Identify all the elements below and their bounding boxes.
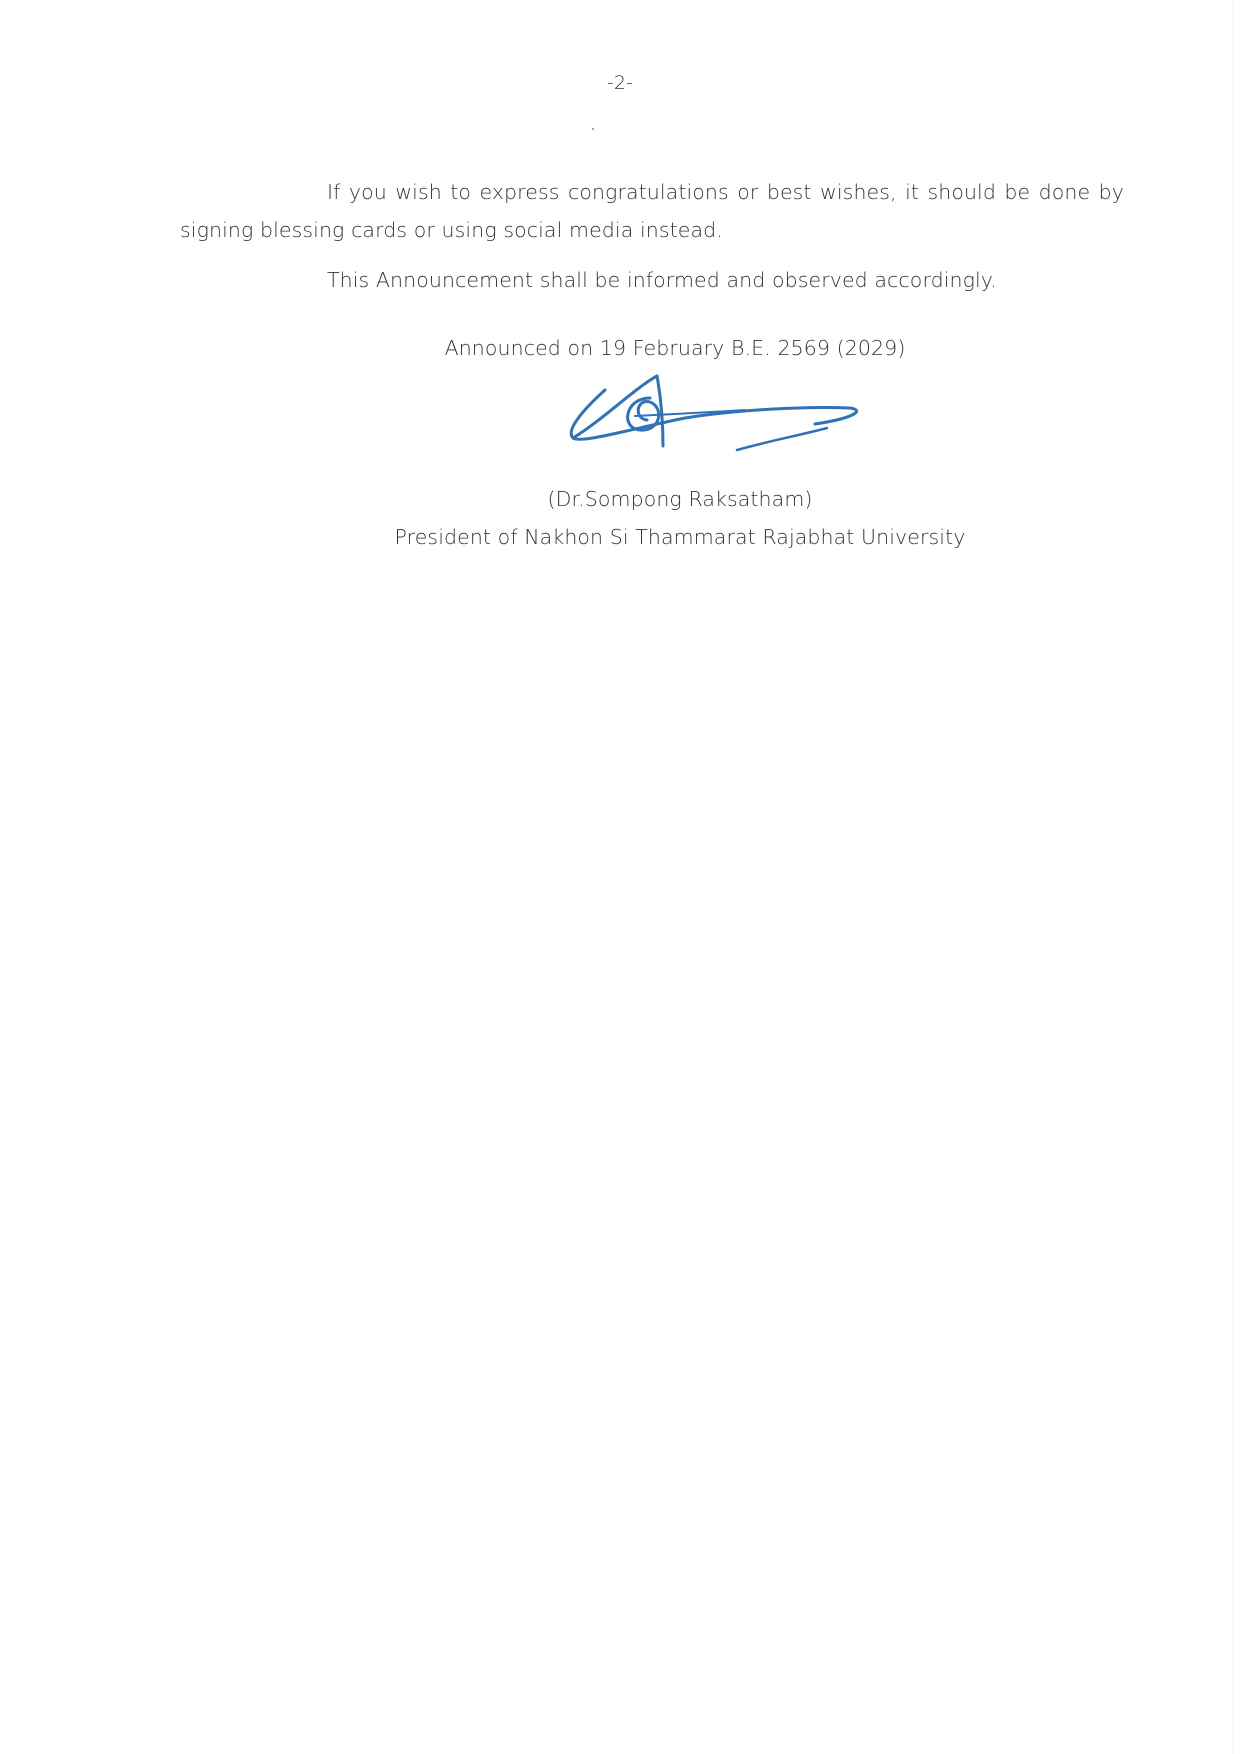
paragraph-1-line-1: If you wish to express congratulations o… — [327, 180, 1124, 204]
paragraph-1-line-2: signing blessing cards or using social m… — [180, 218, 723, 242]
scan-speck — [592, 128, 594, 130]
document-page: -2- If you wish to express congratulatio… — [0, 0, 1240, 1754]
page-number: -2- — [0, 72, 1240, 94]
scan-edge-line — [1233, 0, 1234, 1754]
signature-icon — [565, 368, 865, 458]
paragraph-2: This Announcement shall be informed and … — [327, 268, 997, 292]
signer-title: President of Nakhon Si Thammarat Rajabha… — [0, 525, 1240, 549]
signer-name: (Dr.Sompong Raksatham) — [0, 487, 1240, 511]
announcement-date: Announced on 19 February B.E. 2569 (2029… — [0, 336, 1240, 360]
